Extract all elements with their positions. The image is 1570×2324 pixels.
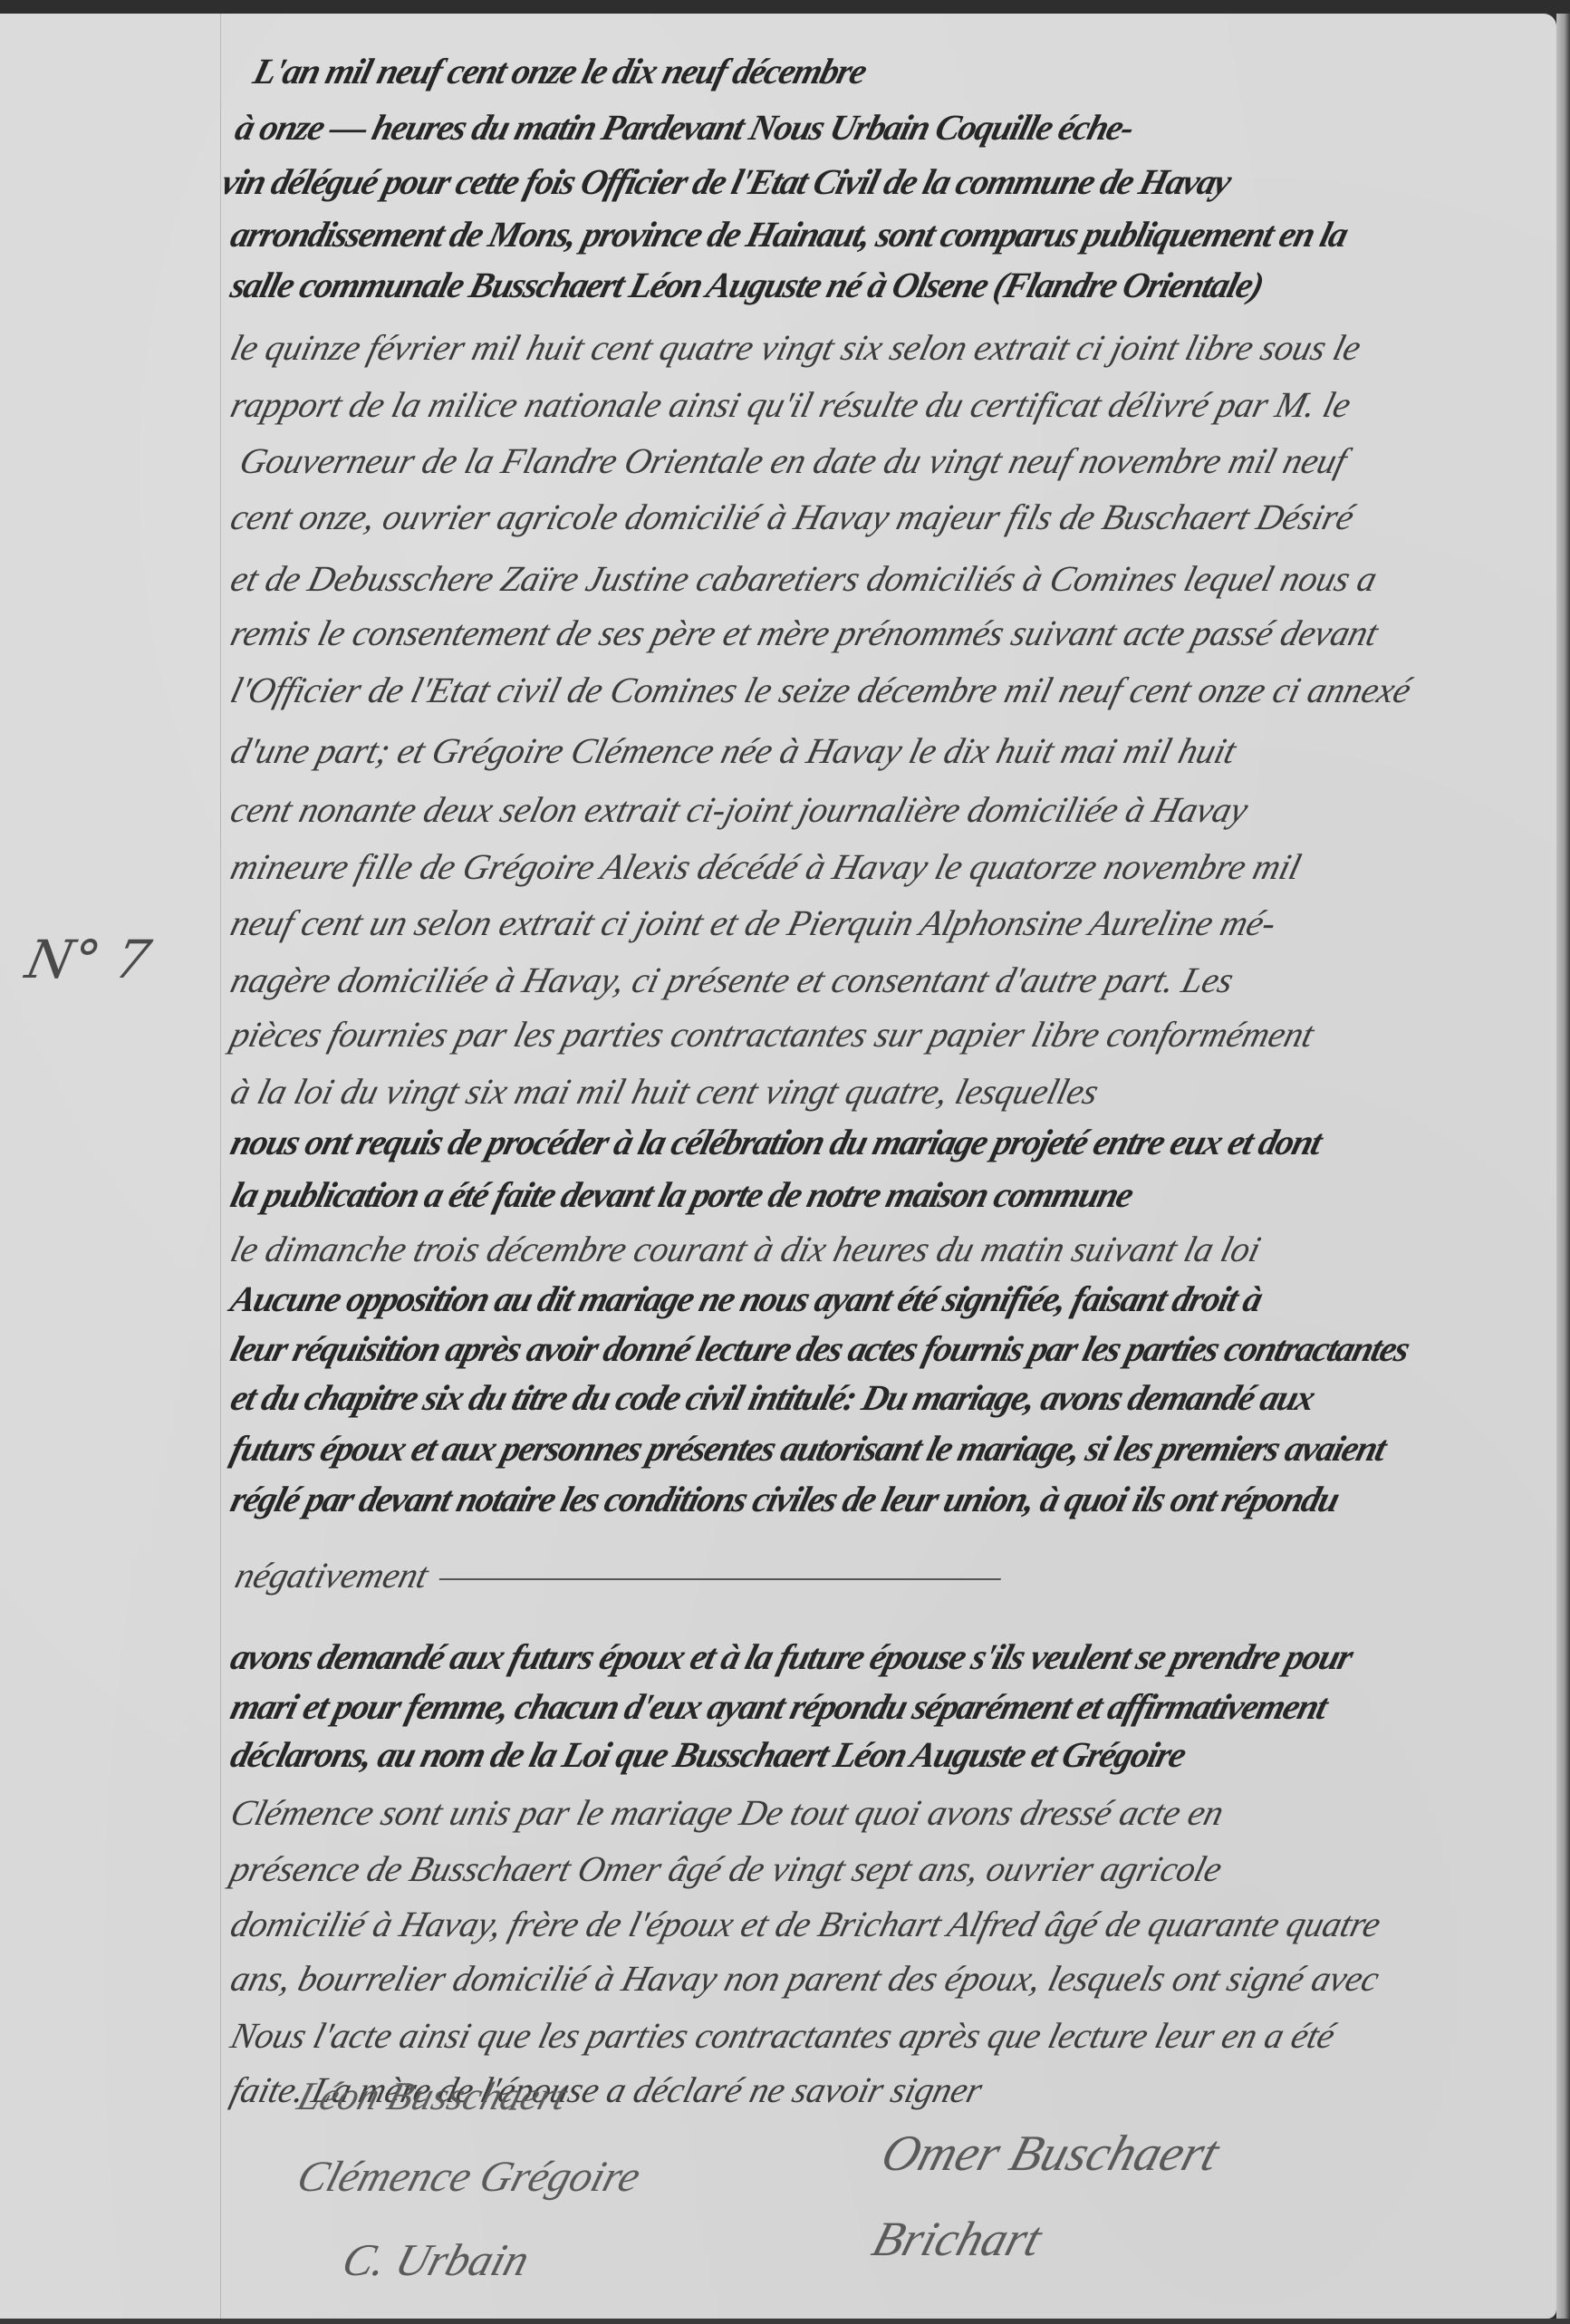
scan-border <box>0 2319 1570 2324</box>
signature: Clémence Grégoire <box>292 2152 646 2202</box>
page-edge <box>1556 14 1570 2319</box>
signature-area: Léon BusschaertClémence GrégoireOmer Bus… <box>0 14 1556 2319</box>
signature: Brichart <box>866 2211 1048 2267</box>
signature: Léon Busschaert <box>293 2073 573 2119</box>
document-page: N° 7 L'an mil neuf cent onze le dix neuf… <box>0 14 1556 2319</box>
signature: Omer Buschaert <box>875 2125 1226 2183</box>
signature: C. Urbain <box>337 2233 535 2286</box>
